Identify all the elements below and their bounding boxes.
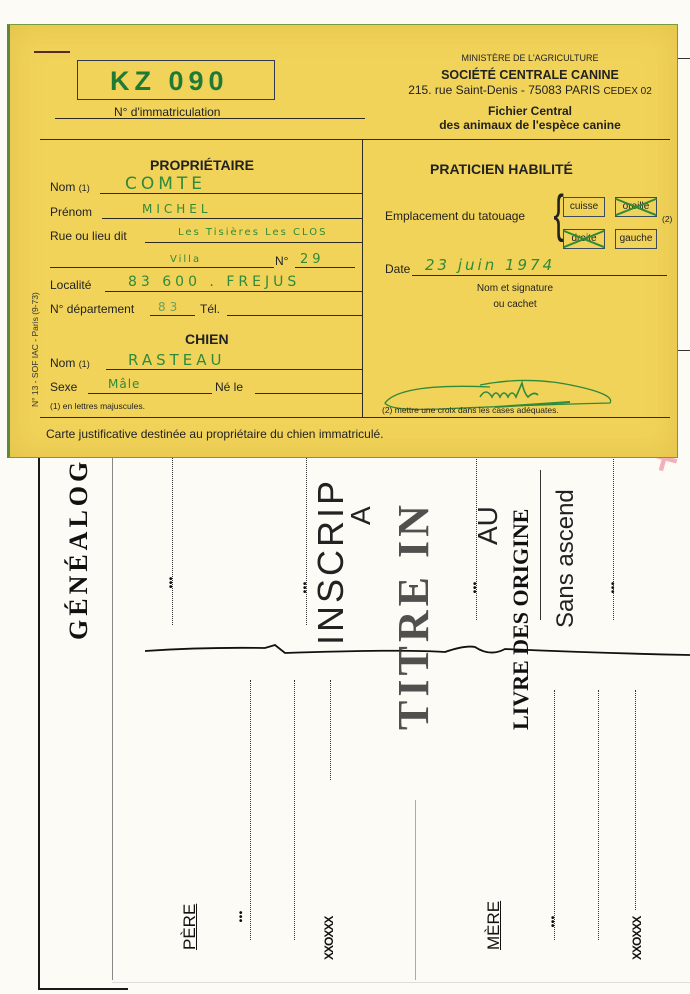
titre-stamp: TITRE IN bbox=[388, 501, 439, 730]
pedigree-bottom-line bbox=[112, 982, 690, 983]
ancestor-dotted-line bbox=[250, 680, 251, 940]
date-value: 23 juin 1974 bbox=[425, 256, 555, 274]
divider bbox=[40, 417, 670, 418]
ancestor-dotted-line bbox=[330, 680, 331, 780]
tattoo-option-gauche[interactable]: gauche bbox=[615, 229, 657, 249]
owner-rue-line2-value: Villa bbox=[170, 254, 201, 265]
note-ref: (1) bbox=[79, 183, 90, 193]
fichier-line2: des animaux de l'espèce canine bbox=[390, 118, 670, 132]
ancestor-dotted-line bbox=[554, 690, 555, 940]
pedigree-border-bottom bbox=[38, 988, 128, 990]
card-footer: Carte justificative destinée au propriét… bbox=[46, 427, 384, 441]
signature-label-2: ou cachet bbox=[10, 299, 690, 310]
field-line bbox=[255, 393, 362, 394]
dog-nom-label-text: Nom bbox=[50, 356, 75, 370]
note-ref-2: (2) bbox=[662, 214, 672, 224]
dog-nom-label: Nom (1) bbox=[50, 356, 90, 370]
owner-section-title: PROPRIÉTAIRE bbox=[150, 157, 254, 173]
fichier-central: Fichier Central des animaux de l'espèce … bbox=[390, 104, 670, 132]
inscription-stamp: INSCRIP bbox=[310, 478, 352, 645]
ancestor-dotted-line bbox=[598, 690, 599, 940]
divider bbox=[55, 118, 365, 119]
address-cedex: CEDEX 02 bbox=[603, 86, 651, 97]
pedigree-inner-line bbox=[112, 450, 113, 980]
address-main: 215. rue Saint-Denis - 75083 PARIS bbox=[408, 83, 600, 97]
divider bbox=[40, 139, 670, 140]
pedigree-border-left bbox=[38, 450, 40, 990]
owner-prenom-label: Prénom bbox=[50, 205, 92, 219]
sans-ascendance: Sans ascend bbox=[552, 489, 580, 628]
field-line bbox=[102, 218, 362, 219]
print-reference: N° 13 - SOF IAC - Paris (9-73) bbox=[30, 292, 40, 407]
pere-code: XXOXXX bbox=[322, 917, 336, 960]
dots-marker: ••• bbox=[239, 912, 243, 924]
society-name: SOCIÉTÉ CENTRALE CANINE bbox=[390, 68, 670, 82]
society-address: 215. rue Saint-Denis - 75083 PARIS CEDEX… bbox=[390, 83, 670, 97]
field-line bbox=[50, 267, 274, 268]
practitioner-section-title: PRATICIEN HABILITÉ bbox=[430, 161, 573, 177]
dots-marker: ••• bbox=[551, 917, 555, 929]
field-line bbox=[412, 275, 667, 276]
footnote-1: (1) en lettres majuscules. bbox=[50, 401, 145, 411]
note-ref: (1) bbox=[79, 359, 90, 369]
field-line bbox=[227, 315, 362, 316]
tattoo-option-cuisse[interactable]: cuisse bbox=[563, 197, 605, 217]
tattoo-option-oreille[interactable]: oreille bbox=[615, 197, 657, 217]
dog-sexe-label: Sexe bbox=[50, 380, 77, 394]
dog-nom-value: RASTEAU bbox=[128, 351, 225, 369]
tattoo-option-droite[interactable]: droite bbox=[563, 229, 605, 249]
field-line bbox=[145, 242, 362, 243]
divider bbox=[362, 139, 363, 417]
ancestor-solid-line bbox=[540, 470, 541, 620]
ministry-name: MINISTÈRE DE L'AGRICULTURE bbox=[390, 53, 670, 63]
mere-code: XXOXXX bbox=[630, 917, 644, 960]
card-header: MINISTÈRE DE L'AGRICULTURE SOCIÉTÉ CENTR… bbox=[390, 51, 670, 132]
dots-marker: ••• bbox=[611, 583, 615, 595]
owner-nom-label-text: Nom bbox=[50, 180, 75, 194]
footnote-2: (2) mettre une croix dans les cases adéq… bbox=[382, 405, 559, 415]
dots-marker: ••• bbox=[169, 578, 173, 590]
pere-label: PÈRE bbox=[180, 904, 200, 950]
registration-label: N° d'immatriculation bbox=[114, 105, 220, 119]
dots-marker: ••• bbox=[303, 583, 307, 595]
dog-section-title: CHIEN bbox=[185, 331, 229, 347]
dog-ne-le-label: Né le bbox=[215, 380, 243, 394]
signature-label-1: Nom et signature bbox=[10, 283, 690, 294]
ancestor-dotted-line bbox=[294, 680, 295, 940]
registration-number: KZ 090 bbox=[110, 66, 229, 97]
genealogie-heading: GÉNÉALOG bbox=[64, 458, 94, 640]
registration-card: KZ 090 N° d'immatriculation MINISTÈRE DE… bbox=[7, 24, 678, 458]
mere-label: MÈRE bbox=[484, 901, 504, 950]
dots-marker: ••• bbox=[473, 583, 477, 595]
fichier-line1: Fichier Central bbox=[390, 104, 670, 118]
dog-sexe-value: Mâle bbox=[108, 377, 140, 391]
ancestor-dotted-line bbox=[635, 690, 636, 910]
field-line bbox=[88, 393, 212, 394]
livre-des-origines: LIVRE DES ORIGINE bbox=[508, 509, 534, 730]
ink-mark bbox=[34, 51, 70, 53]
owner-prenom-value: MICHEL bbox=[142, 202, 212, 216]
owner-numero-label: N° bbox=[275, 254, 288, 268]
owner-nom-label: Nom (1) bbox=[50, 180, 90, 194]
date-label: Date bbox=[385, 262, 410, 276]
field-line bbox=[295, 267, 355, 268]
pedigree-inner-line bbox=[415, 800, 416, 980]
ancestor-dotted-line bbox=[172, 455, 173, 625]
owner-rue-label: Rue ou lieu dit bbox=[50, 229, 127, 243]
tattoo-location-label: Emplacement du tatouage bbox=[385, 209, 525, 223]
ancestor-dotted-line bbox=[306, 455, 307, 625]
inscription-a: A bbox=[345, 506, 377, 525]
field-line bbox=[150, 315, 195, 316]
owner-nom-value: COMTE bbox=[125, 174, 206, 194]
inscription-au: AU bbox=[472, 506, 504, 545]
owner-numero-value: 29 bbox=[300, 252, 325, 267]
owner-rue-value: Les Tisières Les CLOS bbox=[178, 227, 327, 238]
field-line bbox=[106, 369, 362, 370]
